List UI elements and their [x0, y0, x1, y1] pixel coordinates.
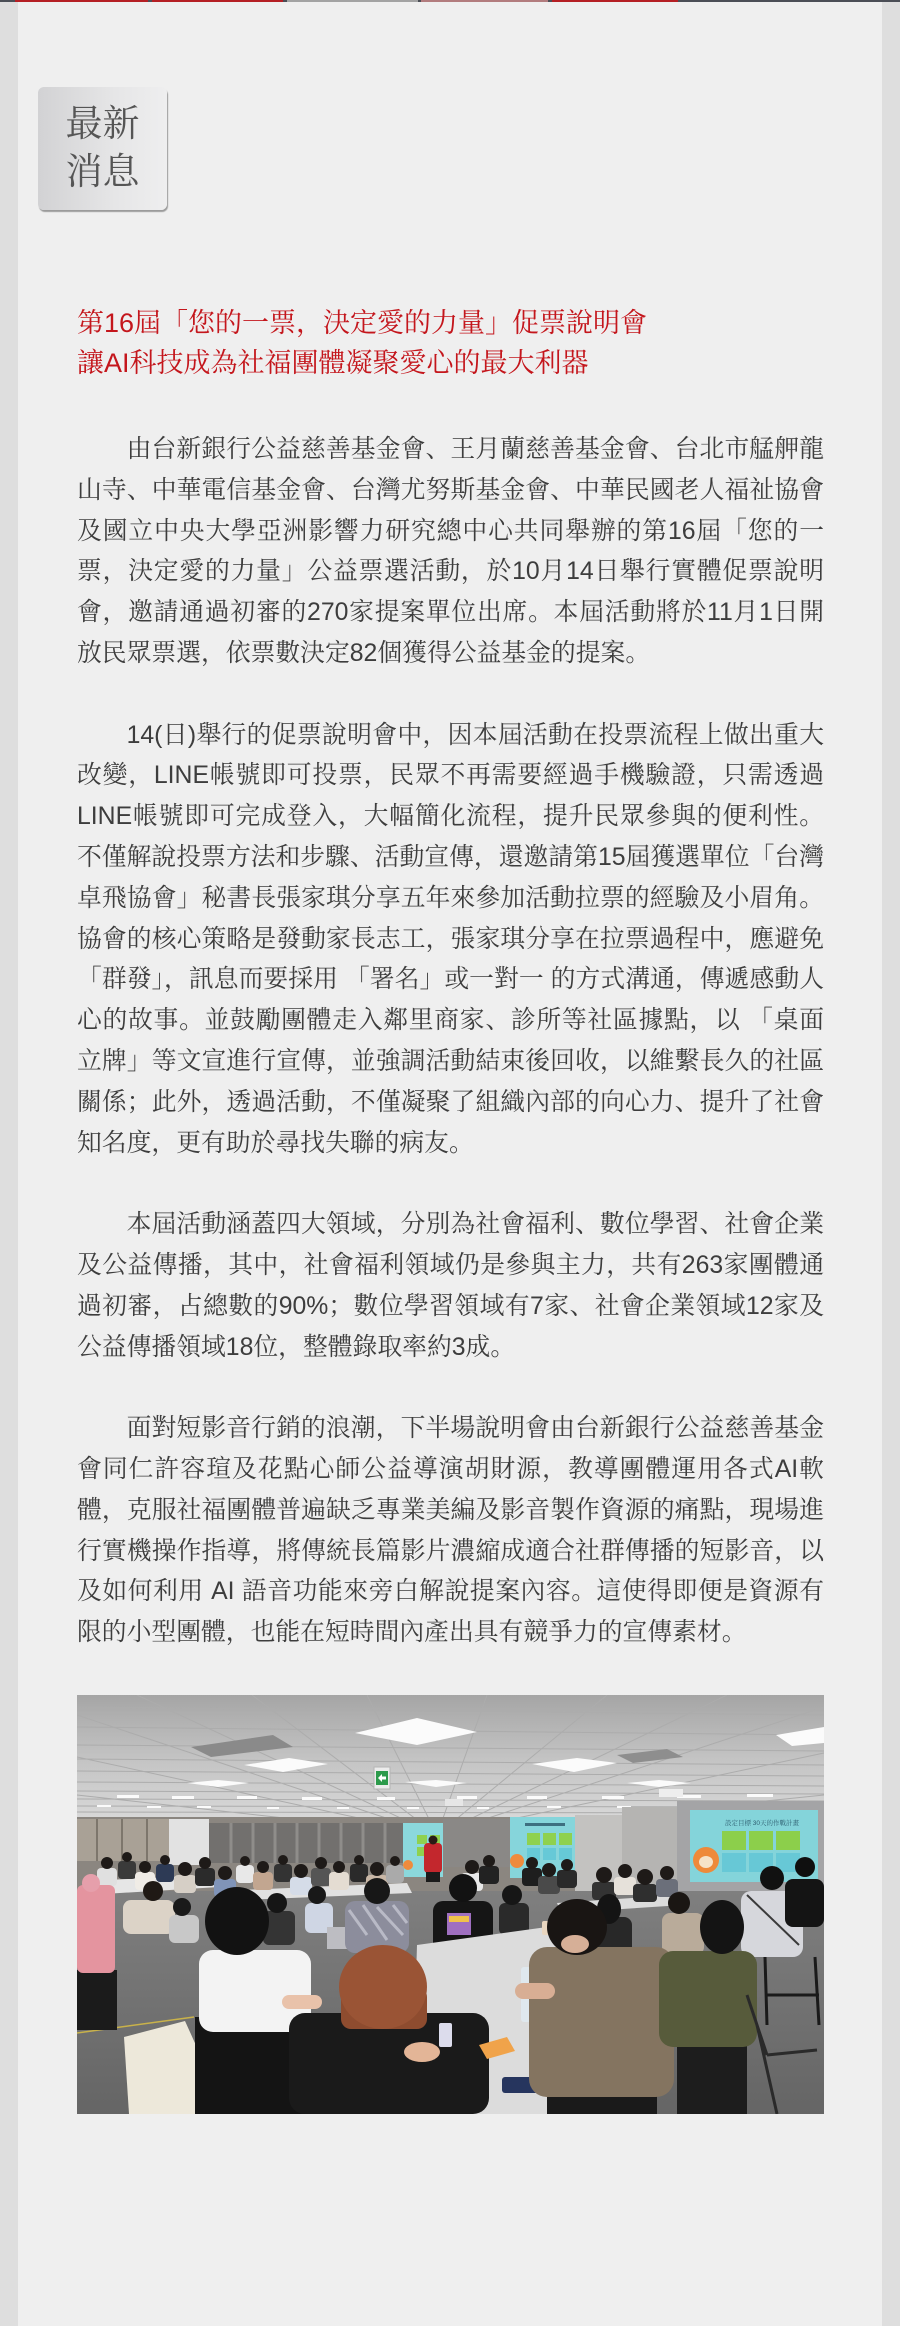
- photo-screen-right-title: 設定目標 30天的作戰計畫: [725, 1818, 800, 1827]
- photo-person-head: [82, 1874, 100, 1892]
- photo-person-body: [785, 1879, 824, 1927]
- photo-person-body: [311, 1868, 331, 1886]
- photo-screen-right-mascot-face: [699, 1856, 713, 1868]
- photo-screen-right-boxes-2: [722, 1853, 800, 1872]
- photo-person-body: [174, 1875, 196, 1893]
- photo-person-body: [97, 1868, 117, 1886]
- photo-person-body: [123, 1900, 175, 1934]
- article-paragraph-4: 面對短影音行銷的浪潮，下半場說明會由台新銀行公益慈善基金會同仁許容瑄及花點心師公…: [77, 1409, 824, 1654]
- article-paragraph-2: 14(日)舉行的促票說明會中，因本屆活動在投票流程上做出重大改變，LINE帳號即…: [77, 716, 824, 1165]
- photo-person-head: [267, 1893, 287, 1913]
- photo-person-body: [386, 1865, 404, 1883]
- nav-tab-1[interactable]: [15, 0, 148, 2]
- article-title: 第16屆「您的一票，決定愛的力量」促票說明會 讓AI科技成為社福團體凝聚愛心的最…: [77, 303, 837, 383]
- photo-person-body: [329, 1872, 349, 1890]
- photo-person-body: [633, 1884, 657, 1902]
- photo-person-face: [561, 1935, 589, 1953]
- photo-screen-left-mascot: [403, 1860, 413, 1870]
- photo-person-body: [274, 1864, 292, 1882]
- photo-person-body: [156, 1864, 174, 1882]
- photo-person-head: [700, 1900, 744, 1954]
- nav-tab-4[interactable]: [421, 0, 548, 2]
- photo-person-body: [659, 1951, 757, 2047]
- photo-screen-right-boxes: [722, 1831, 800, 1850]
- top-nav-bar: [0, 0, 900, 2]
- event-photo-graphic: 設定目標 30天的作戰計畫: [77, 1695, 824, 2114]
- photo-screen-middle-mascot: [510, 1854, 524, 1868]
- photo-person-arm: [282, 1995, 322, 2009]
- photo-person-body: [236, 1865, 254, 1883]
- photo-projector: [659, 1789, 683, 1797]
- photo-person-body: [662, 1913, 704, 1955]
- photo-person-head: [308, 1886, 326, 1904]
- section-badge-line-1: 最新: [38, 100, 167, 148]
- photo-person-legs: [77, 1970, 117, 2030]
- photo-screen-middle-boxes: [527, 1833, 572, 1845]
- photo-person-arm: [515, 1983, 555, 1999]
- photo-person-body: [77, 1885, 115, 1973]
- photo-person-body: [529, 1947, 674, 2097]
- photo-person-head: [364, 1878, 390, 1904]
- photo-person-head: [502, 1885, 522, 1905]
- photo-person-body: [118, 1861, 136, 1879]
- photo-person-head: [795, 1857, 815, 1877]
- photo-person-hand: [404, 2042, 440, 2062]
- photo-projector: [445, 1799, 463, 1806]
- article-title-line-2: 讓AI科技成為社福團體凝聚愛心的最大利器: [77, 343, 837, 383]
- photo-person-head: [143, 1881, 163, 1901]
- photo-tshirt-graphic-text: [449, 1916, 469, 1922]
- nav-tab-2[interactable]: [152, 0, 283, 2]
- article-paragraph-1: 由台新銀行公益慈善基金會、王月蘭慈善基金會、台北市艋舺龍山寺、中華電信基金會、台…: [77, 430, 824, 675]
- article-body: 由台新銀行公益慈善基金會、王月蘭慈善基金會、台北市艋舺龍山寺、中華電信基金會、台…: [77, 430, 824, 2114]
- photo-person-head: [173, 1898, 191, 1916]
- article-title-line-1: 第16屆「您的一票，決定愛的力量」促票說明會: [77, 303, 837, 343]
- photo-person-body: [253, 1872, 273, 1890]
- photo-person-body: [614, 1877, 636, 1895]
- photo-person-head: [668, 1892, 690, 1914]
- photo-presenter-body: [424, 1843, 442, 1873]
- photo-person-body: [350, 1864, 368, 1882]
- photo-presenter-head: [429, 1835, 438, 1844]
- photo-person-head: [205, 1887, 269, 1955]
- photo-wall-dark-panels: [209, 1823, 403, 1863]
- nav-tab-5[interactable]: [552, 0, 678, 2]
- section-badge-latest-news: 最新 消息: [38, 87, 167, 210]
- photo-person-head: [449, 1874, 477, 1902]
- article-photo: 設定目標 30天的作戰計畫: [77, 1695, 824, 2114]
- photo-person-head: [760, 1866, 784, 1890]
- article-paragraph-3: 本屆活動涵蓋四大領域，分別為社會福利、數位學習、社會企業及公益傳播，其中，社會福…: [77, 1205, 824, 1368]
- photo-person-body: [538, 1876, 560, 1894]
- photo-phone: [439, 2023, 452, 2047]
- photo-presenter-legs: [426, 1872, 440, 1882]
- photo-person-body: [195, 1868, 215, 1886]
- photo-screen-middle-title: [525, 1823, 565, 1826]
- photo-person-body: [557, 1870, 577, 1888]
- section-badge-line-2: 消息: [38, 148, 167, 196]
- photo-wall-block: [443, 1819, 510, 1867]
- photo-person-body: [479, 1866, 499, 1884]
- photo-person-head: [339, 1945, 427, 2029]
- nav-tab-3[interactable]: [287, 0, 418, 2]
- photo-person-body: [169, 1915, 199, 1943]
